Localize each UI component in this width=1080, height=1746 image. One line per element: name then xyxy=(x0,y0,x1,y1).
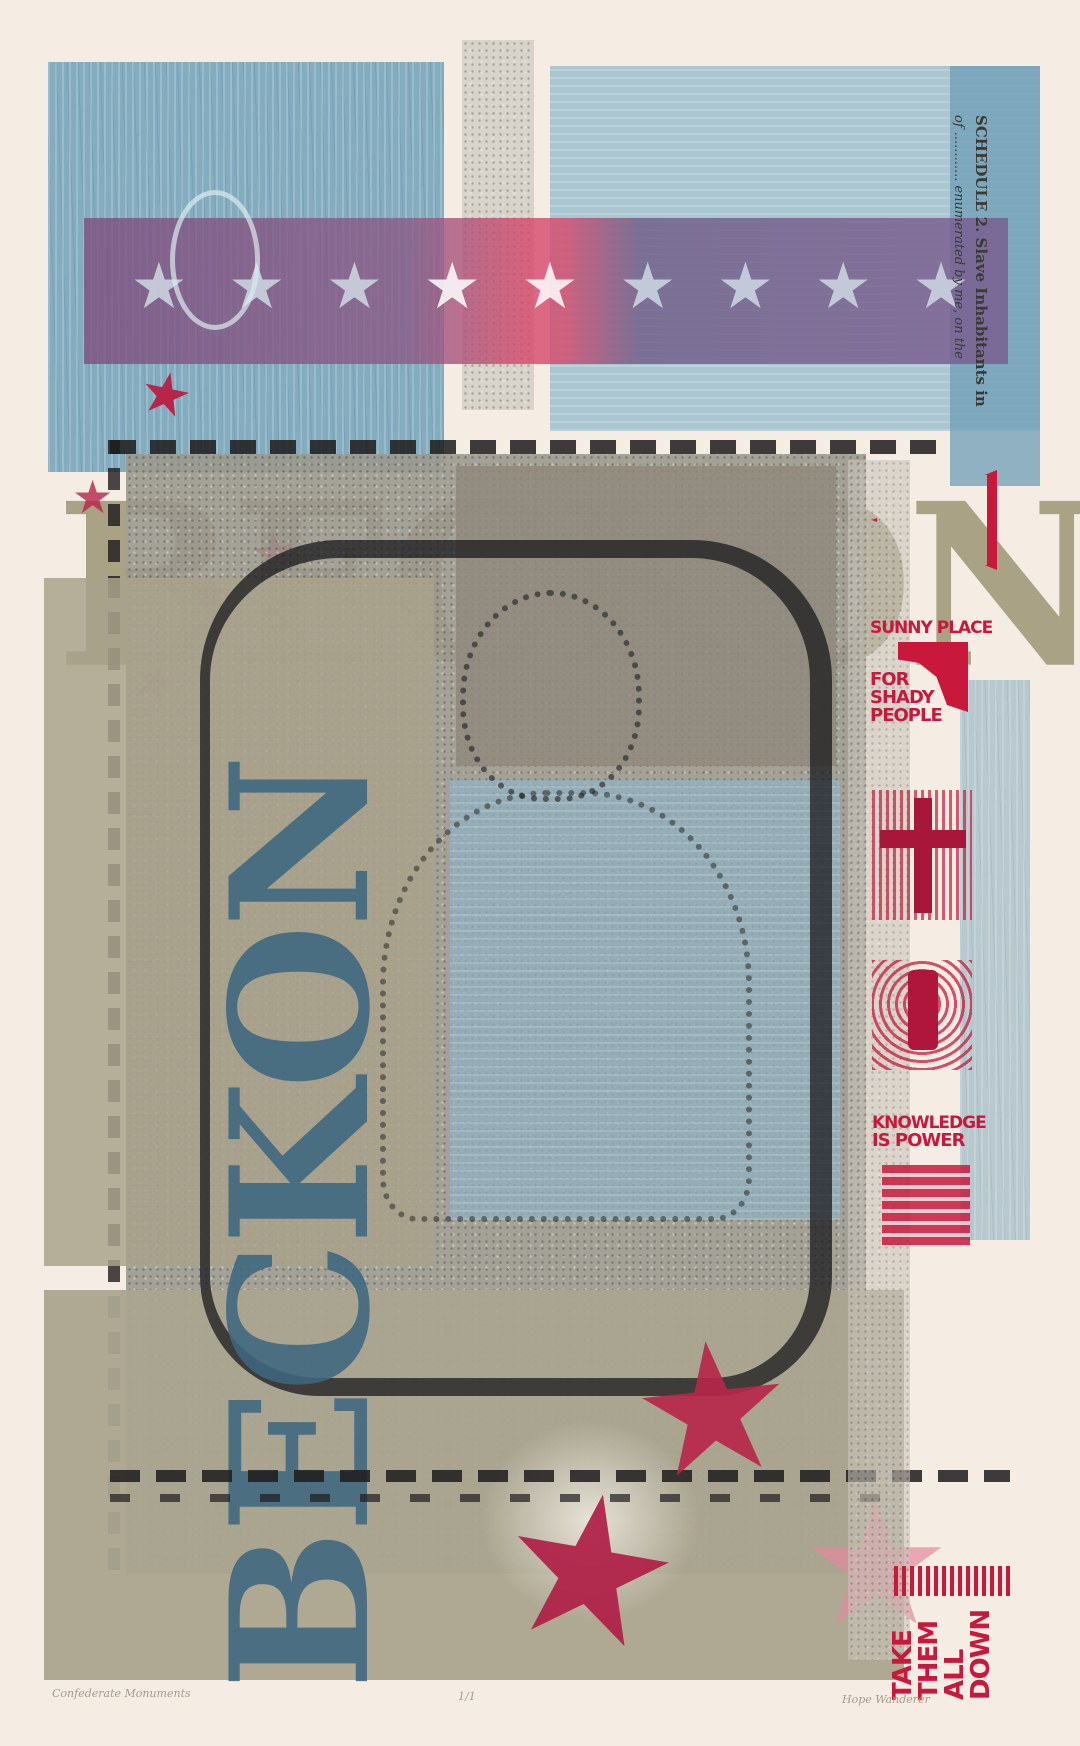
banner-star-icon: ★ xyxy=(521,250,578,324)
banner-star-icon: ★ xyxy=(619,250,676,324)
census-document-text: SCHEDULE 2. Slave Inhabitants in of ....… xyxy=(920,115,990,445)
panel-knowledge-power: KNOWLEDGE IS POWER xyxy=(872,1115,984,1265)
banner-star-icon: ★ xyxy=(423,250,480,324)
books-stack-icon xyxy=(882,1165,970,1245)
wood-knot xyxy=(170,190,260,330)
panel-5-line-2: THEM xyxy=(916,1610,942,1700)
pencil-title-inscription: Confederate Monuments xyxy=(52,1687,191,1700)
pistol-fist-icon xyxy=(872,960,972,1070)
banner-star-icon: ★ xyxy=(815,250,872,324)
portrait-body xyxy=(380,790,752,1222)
panel-1-line-1: SUNNY PLACE xyxy=(870,620,982,637)
beckon-vertical-title: BECKON xyxy=(206,758,396,1690)
census-line-1: SCHEDULE 2. Slave Inhabitants in xyxy=(972,115,990,445)
portrait-head xyxy=(460,590,642,802)
panel-take-them-down: TAKE THEM ALL DOWN xyxy=(880,1560,1020,1700)
panel-5-line-3: ALL xyxy=(942,1610,968,1700)
panel-5-line-1: TAKE xyxy=(890,1610,916,1700)
panel-4-line-2: IS POWER xyxy=(872,1132,984,1150)
banner-star-icon: ★ xyxy=(717,250,774,324)
panel-5-line-4: DOWN xyxy=(968,1610,994,1700)
pencil-edition-number: 1/1 xyxy=(458,1690,476,1703)
red-star-large-icon: ★ xyxy=(484,1456,695,1684)
census-line-2: of ............ enumerated by me, on the xyxy=(951,115,966,445)
banner-star-icon: ★ xyxy=(326,250,383,324)
panel-sunny-place: SUNNY PLACE FOR SHADY PEOPLE xyxy=(870,620,982,770)
monument-statue-icon xyxy=(894,1566,1014,1596)
pencil-signature: Hope Wanderer xyxy=(842,1693,930,1706)
barbed-wire-top xyxy=(110,440,950,454)
burning-cross-icon xyxy=(872,790,972,920)
